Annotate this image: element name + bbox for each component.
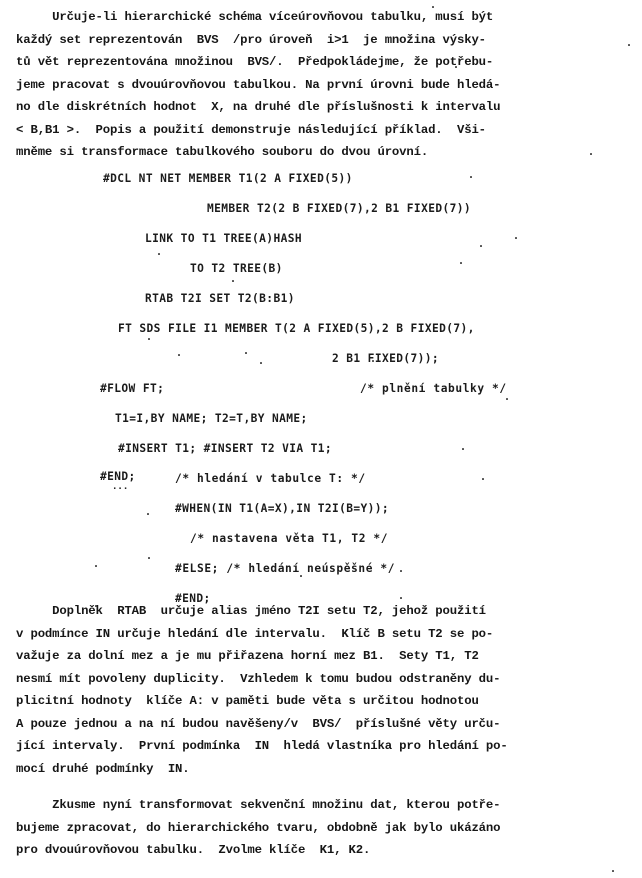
text-line: v podmínce IN určuje hledání dle interva… xyxy=(16,623,628,646)
code-line-link-t1: LINK TO T1 TREE(A)HASH xyxy=(145,232,302,246)
text-line: mněme si transformace tabulkového soubor… xyxy=(16,141,628,164)
text-line: jeme pracovat s dvouúrovňovou tabulkou. … xyxy=(16,74,628,97)
text-line: važuje za dolní mez a je mu přiřazena ho… xyxy=(16,645,628,668)
text-line: tů vět reprezentována množinou BVS/. Pře… xyxy=(16,51,628,74)
text-line: mocí druhé podmínky IN. xyxy=(16,758,628,781)
code-line-dcl: #DCL NT NET MEMBER T1(2 A FIXED(5)) xyxy=(103,172,353,186)
code-line-when: #WHEN(IN T1(A=X),IN T2I(B=Y)); xyxy=(175,502,389,516)
text-line: nesmí mít povoleny duplicity. Vzhledem k… xyxy=(16,668,628,691)
code-line-member-t2: MEMBER T2(2 B FIXED(7),2 B1 FIXED(7)) xyxy=(207,202,471,216)
text-line: A pouze jednou a na ní budou navěšeny/v … xyxy=(16,713,628,736)
paragraph-intro: Určuje-li hierarchické schéma víceúrovňo… xyxy=(16,6,628,164)
scanned-document-page: Určuje-li hierarchické schéma víceúrovňo… xyxy=(0,0,642,878)
code-line-flow: #FLOW FT; xyxy=(100,382,164,396)
paragraph-rtab-explanation: Doplněk RTAB určuje alias jméno T2I setu… xyxy=(16,600,628,780)
code-line-ft-sds: FT SDS FILE I1 MEMBER T(2 A FIXED(5),2 B… xyxy=(118,322,475,336)
text-line: pro dvouúrovňovou tabulku. Zvolme klíče … xyxy=(16,839,628,862)
code-line-insert: #INSERT T1; #INSERT T2 VIA T1; xyxy=(118,442,332,456)
code-comment-search: /* hledání v tabulce T: */ xyxy=(175,472,366,486)
text-line: Doplněk RTAB určuje alias jméno T2I setu… xyxy=(16,600,628,623)
code-comment-fill-table: /* plnění tabulky */ xyxy=(360,382,507,396)
text-line: < B,B1 >. Popis a použití demonstruje ná… xyxy=(16,119,628,142)
ellipsis-marker: ... xyxy=(112,482,128,492)
code-line-assign: T1=I,BY NAME; T2=T,BY NAME; xyxy=(115,412,308,426)
code-line-link-t2: TO T2 TREE(B) xyxy=(190,262,283,276)
text-line: no dle diskrétních hodnot X, na druhé dl… xyxy=(16,96,628,119)
code-line-rtab: RTAB T2I SET T2(B:B1) xyxy=(145,292,295,306)
text-line: jící intervaly. První podmínka IN hledá … xyxy=(16,735,628,758)
code-comment-record-set: /* nastavena věta T1, T2 */ xyxy=(190,532,388,546)
text-line: bujeme zpracovat, do hierarchického tvar… xyxy=(16,817,628,840)
text-line: Zkusme nyní transformovat sekvenční množ… xyxy=(16,794,628,817)
text-line: plicitní hodnoty klíče A: v paměti bude … xyxy=(16,690,628,713)
paragraph-transformation: Zkusme nyní transformovat sekvenční množ… xyxy=(16,794,628,862)
text-line: Určuje-li hierarchické schéma víceúrovňo… xyxy=(16,6,628,29)
text-line: každý set reprezentován BVS /pro úroveň … xyxy=(16,29,628,52)
code-line-else: #ELSE; /* hledání neúspěšné */ xyxy=(175,562,395,576)
code-line-ft-sds-cont: 2 B1 FIXED(7)); xyxy=(332,352,439,366)
